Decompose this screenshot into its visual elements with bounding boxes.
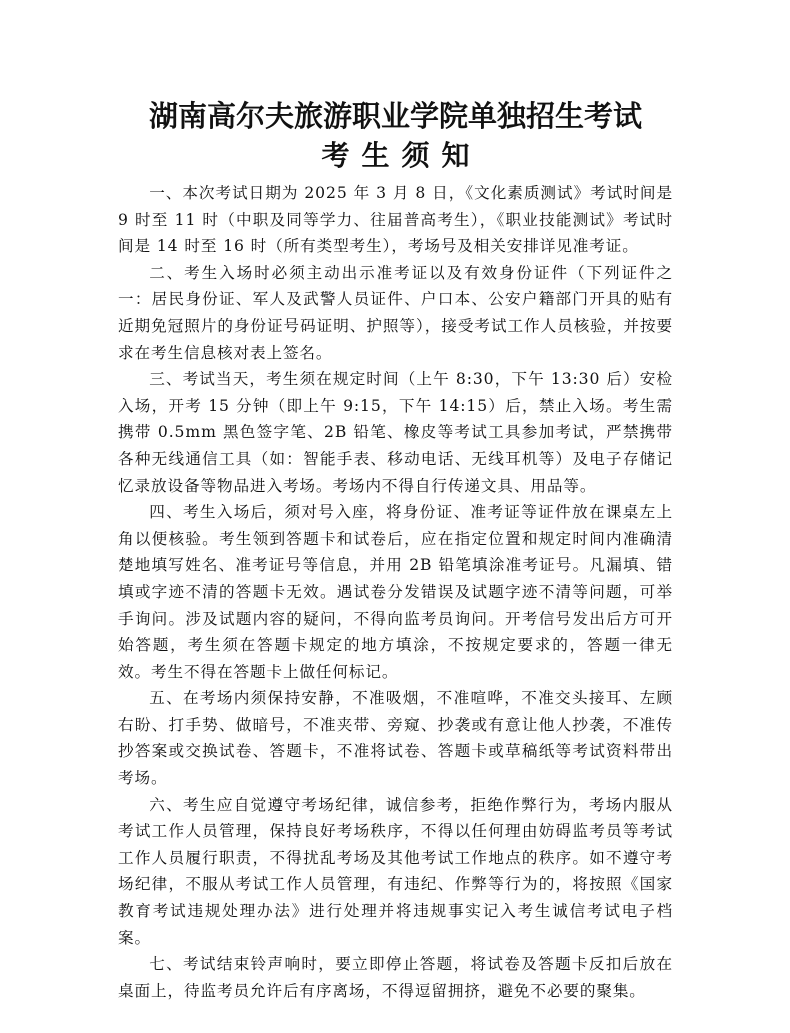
notice-item-2: 二、考生入场时必须主动出示准考证以及有效身份证件（下列证件之一：居民身份证、军人… [118,260,673,366]
notice-item-3: 三、考试当天，考生须在规定时间（上午 8:30，下午 13:30 后）安检入场，… [118,366,673,499]
document-subtitle: 考生须知 [118,136,673,176]
notice-item-5: 五、在考场内须保持安静，不准吸烟，不准喧哗，不准交头接耳、左顾右盼、打手势、做暗… [118,685,673,791]
notice-item-4: 四、考生入场后，须对号入座，将身份证、准考证等证件放在课桌左上角以便核验。考生领… [118,499,673,685]
document-title: 湖南高尔夫旅游职业学院单独招生考试 [118,96,673,136]
document-page: 湖南高尔夫旅游职业学院单独招生考试 考生须知 一、本次考试日期为 2025 年 … [118,96,673,1004]
notice-item-1: 一、本次考试日期为 2025 年 3 月 8 日，《文化素质测试》考试时间是 9… [118,180,673,260]
notice-item-6: 六、考生应自觉遵守考场纪律，诚信参考，拒绝作弊行为，考场内服从考试工作人员管理，… [118,792,673,952]
notice-item-7: 七、考试结束铃声响时，要立即停止答题，将试卷及答题卡反扣后放在桌面上，待监考员允… [118,951,673,1004]
